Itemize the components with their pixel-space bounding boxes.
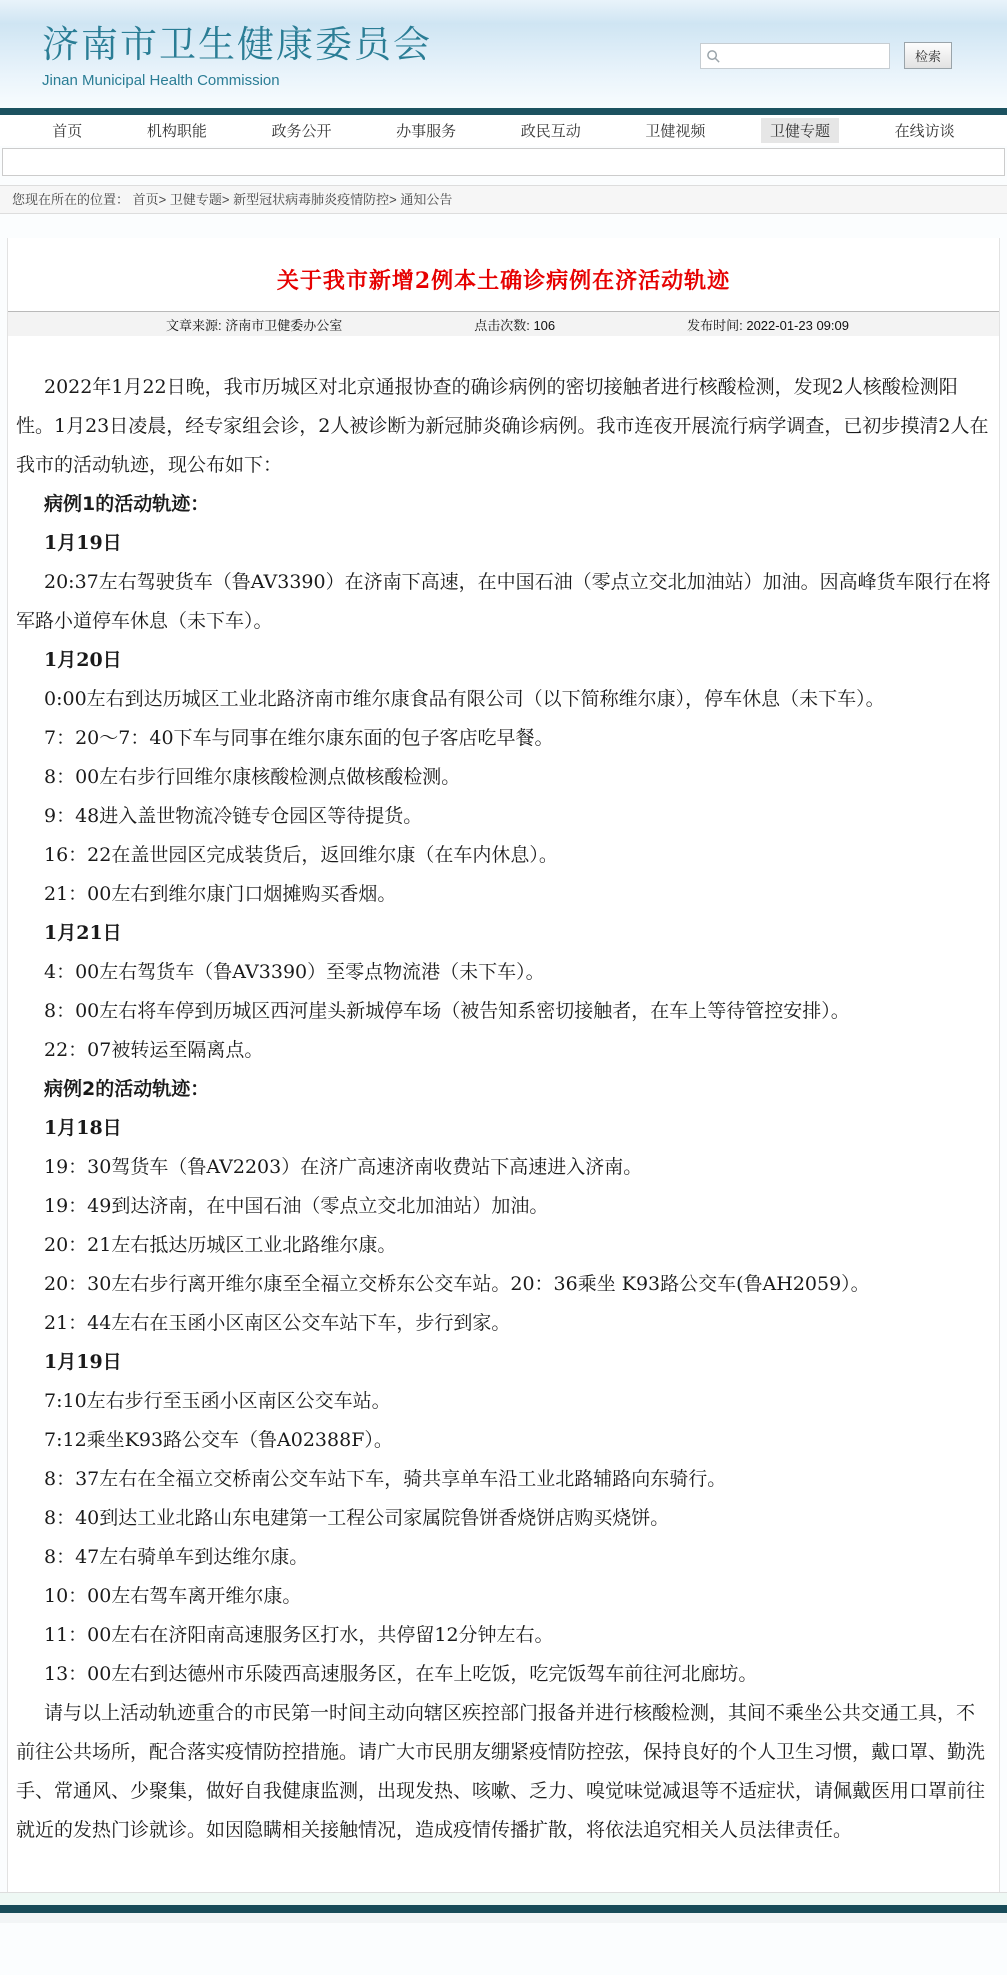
date-heading: 1月19日 (16, 524, 991, 563)
search-icon (706, 49, 721, 64)
search-area: 检索 (700, 42, 952, 69)
article-title: 关于我市新增2例本土确诊病例在济活动轨迹 (8, 264, 999, 295)
article-paragraph: 20：21左右抵达历城区工业北路维尔康。 (16, 1226, 991, 1265)
article-source: 文章来源: 济南市卫健委办公室 (166, 315, 342, 334)
article-paragraph: 请与以上活动轨迹重合的市民第一时间主动向辖区疾控部门报备并进行核酸检测，其间不乘… (16, 1694, 991, 1850)
article-paragraph: 8：40到达工业北路山东电建第一工程公司家属院鲁饼香烧饼店购买烧饼。 (16, 1499, 991, 1538)
article-paragraph: 19：30驾货车（鲁AV2203）在济广高速济南收费站下高速进入济南。 (16, 1148, 991, 1187)
article-paragraph: 11：00左右在济阳南高速服务区打水，共停留12分钟左右。 (16, 1616, 991, 1655)
breadcrumb-link[interactable]: 新型冠状病毒肺炎疫情防控 (233, 192, 389, 207)
article-paragraph: 19：49到达济南，在中国石油（零点立交北加油站）加油。 (16, 1187, 991, 1226)
article-paragraph: 9：48进入盖世物流冷链专仓园区等待提货。 (16, 797, 991, 836)
breadcrumb-link[interactable]: 首页 (133, 192, 159, 207)
article-paragraph: 20:37左右驾驶货车（鲁AV3390）在济南下高速，在中国石油（零点立交北加油… (16, 563, 991, 641)
nav-item-7[interactable]: 卫健专题 (761, 118, 839, 143)
article-publish-time: 发布时间: 2022-01-23 09:09 (687, 315, 849, 334)
date-heading: 1月18日 (16, 1109, 991, 1148)
article-paragraph: 10：00左右驾车离开维尔康。 (16, 1577, 991, 1616)
date-heading: 1月20日 (16, 641, 991, 680)
breadcrumb-link[interactable]: 通知公告 (400, 192, 452, 207)
search-input[interactable] (725, 44, 889, 70)
article-paragraph: 8：47左右骑单车到达维尔康。 (16, 1538, 991, 1577)
article-paragraph: 8：00左右将车停到历城区西河崖头新城停车场（被告知系密切接触者，在车上等待管控… (16, 992, 991, 1031)
article-paragraph: 21：44左右在玉函小区南区公交车站下车，步行到家。 (16, 1304, 991, 1343)
case-heading: 病例1的活动轨迹： (16, 485, 991, 524)
article-paragraph: 21：00左右到维尔康门口烟摊购买香烟。 (16, 875, 991, 914)
site-logo: 济南市卫生健康委员会 Jinan Municipal Health Commis… (42, 14, 432, 89)
case-heading: 病例2的活动轨迹： (16, 1070, 991, 1109)
article-paragraph: 7:12乘坐K93路公交车（鲁A02388F）。 (16, 1421, 991, 1460)
article-paragraph: 13：00左右到达德州市乐陵西高速服务区，在车上吃饭，吃完饭驾车前往河北廊坊。 (16, 1655, 991, 1694)
date-heading: 1月19日 (16, 1343, 991, 1382)
search-button[interactable]: 检索 (904, 42, 952, 69)
nav-item-8[interactable]: 在线访谈 (886, 118, 964, 143)
breadcrumb-trail: 首页> 卫健专题> 新型冠状病毒肺炎疫情防控> 通知公告 (133, 192, 453, 207)
footer-bar (0, 1905, 1007, 1913)
article-paragraph: 4：00左右驾货车（鲁AV3390）至零点物流港（未下车）。 (16, 953, 991, 992)
footer-strip (0, 1892, 1007, 1905)
date-heading: 1月21日 (16, 914, 991, 953)
site-subtitle: Jinan Municipal Health Commission (42, 72, 432, 89)
article-paragraph: 8：00左右步行回维尔康核酸检测点做核酸检测。 (16, 758, 991, 797)
article-paragraph: 20：30左右步行离开维尔康至全福立交桥东公交车站。20：36乘坐 K93路公交… (16, 1265, 991, 1304)
site-header: 济南市卫生健康委员会 Jinan Municipal Health Commis… (0, 0, 1007, 108)
article-paragraph: 8：37左右在全福立交桥南公交车站下车，骑共享单车沿工业北路辅路向东骑行。 (16, 1460, 991, 1499)
nav-item-5[interactable]: 政民互动 (512, 118, 590, 143)
article-body: 2022年1月22日晚，我市历城区对北京通报协查的确诊病例的密切接触者进行核酸检… (8, 368, 999, 1850)
nav-item-1[interactable]: 首页 (43, 118, 91, 143)
article-paragraph: 0:00左右到达历城区工业北路济南市维尔康食品有限公司（以下简称维尔康），停车休… (16, 680, 991, 719)
breadcrumb: 您现在所在的位置： 首页> 卫健专题> 新型冠状病毒肺炎疫情防控> 通知公告 (0, 185, 1007, 214)
nav-item-6[interactable]: 卫健视频 (636, 118, 714, 143)
subnav-box (2, 148, 1005, 176)
article-paragraph: 7:10左右步行至玉函小区南区公交车站。 (16, 1382, 991, 1421)
breadcrumb-prefix: 您现在所在的位置： (12, 192, 129, 207)
article-paragraph: 2022年1月22日晚，我市历城区对北京通报协查的确诊病例的密切接触者进行核酸检… (16, 368, 991, 485)
article-paragraph: 16：22在盖世园区完成装货后，返回维尔康（在车内休息）。 (16, 836, 991, 875)
article-paragraph: 22：07被转运至隔离点。 (16, 1031, 991, 1070)
article-paragraph: 7：20～7：40下车与同事在维尔康东面的包子客店吃早餐。 (16, 719, 991, 758)
article-meta-bar: 文章来源: 济南市卫健委办公室 点击次数: 106 发布时间: 2022-01-… (8, 311, 999, 336)
nav-item-3[interactable]: 政务公开 (263, 118, 341, 143)
article-container: 关于我市新增2例本土确诊病例在济活动轨迹 文章来源: 济南市卫健委办公室 点击次… (7, 238, 1000, 1892)
breadcrumb-link[interactable]: 卫健专题 (170, 192, 222, 207)
nav-item-4[interactable]: 办事服务 (387, 118, 465, 143)
footer-under (0, 1913, 1007, 1923)
search-box (700, 43, 890, 69)
site-title: 济南市卫生健康委员会 (42, 14, 432, 68)
main-nav: 首页机构职能政务公开办事服务政民互动卫健视频卫健专题在线访谈 (0, 115, 1007, 146)
header-divider-bar (0, 108, 1007, 115)
nav-item-2[interactable]: 机构职能 (138, 118, 216, 143)
article-clicks: 点击次数: 106 (474, 315, 555, 334)
